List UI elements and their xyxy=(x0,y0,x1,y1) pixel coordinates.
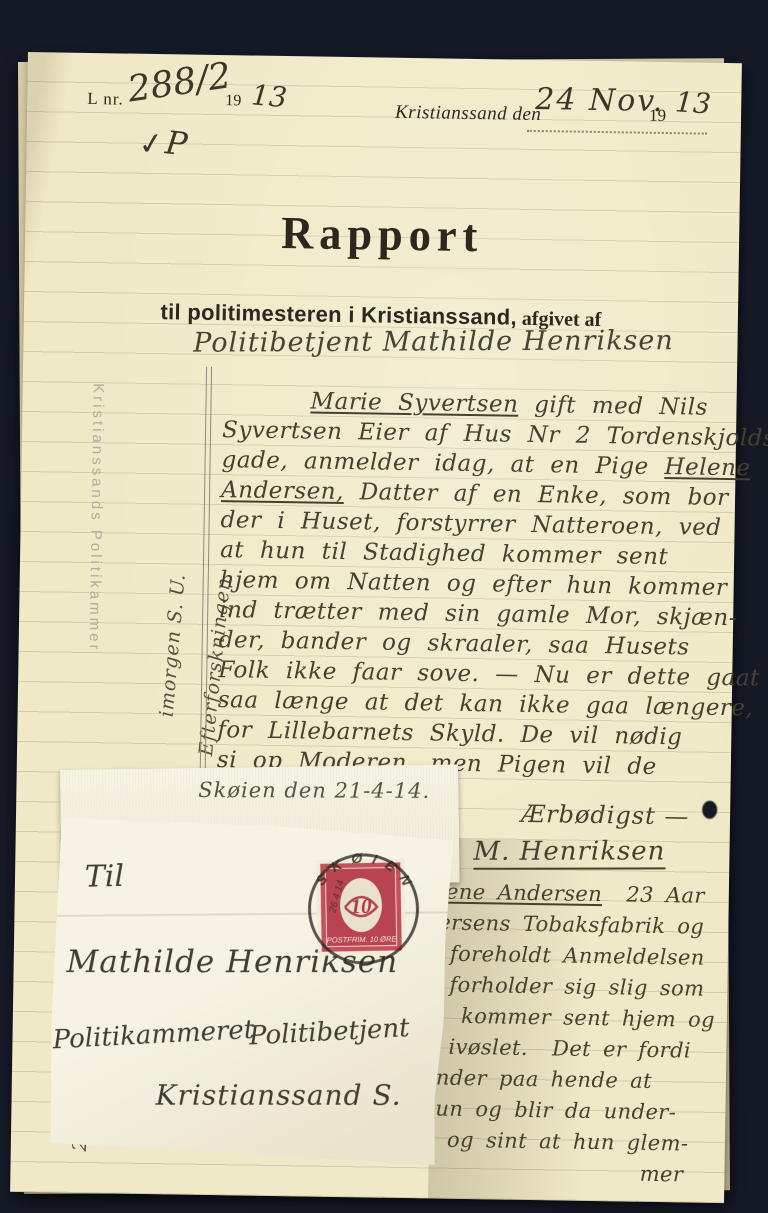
stamp-bottom-text: POSTFRIM. 10 ØRE xyxy=(327,934,398,944)
handwritten-fragment-line: foreholdt Anmeldelsen xyxy=(438,939,738,975)
approval-initial: P xyxy=(164,123,190,163)
check-mark-icon: ✓ xyxy=(136,126,165,164)
handwritten-fragment-line: un og blir da under- xyxy=(435,1094,735,1130)
date-handwritten: 24 Nov. xyxy=(535,82,664,119)
handwritten-fragment-line: kommer sent hjem og xyxy=(437,1001,737,1037)
scanned-document-photo: { "meta": { "background_color": "#151926… xyxy=(0,0,768,1213)
envelope-address-line: Til xyxy=(85,859,125,895)
handwritten-fragment-line: nder paa hende at xyxy=(436,1063,736,1099)
handwritten-fragment-line: og sint at hun glem- xyxy=(435,1125,735,1161)
report-body: Marie Syvertsen gift med NilsSyvertsen E… xyxy=(216,385,739,813)
handwritten-fragment-line: forholder sig slig som xyxy=(437,970,737,1006)
postage-stamp-with-postmark: 10 POSTFRIM. 10 ØRE SKØIEN 26 4 14 xyxy=(292,841,439,988)
date-year-printed: 19 xyxy=(649,106,666,126)
envelope-address-line: Politikammeret xyxy=(52,1015,255,1056)
handwritten-fragment-line: ersens Tobaksfabrik og xyxy=(438,908,738,944)
envelope: TilMathilde HenriksenPolitibetjentPoliti… xyxy=(45,815,454,1165)
report-title: Rapport xyxy=(36,202,729,266)
punch-hole xyxy=(702,801,717,819)
envelope-address-line: Politibetjent xyxy=(248,1013,410,1051)
envelope-address-line: Kristianssand S. xyxy=(156,1079,402,1112)
date-year-handwritten: 13 xyxy=(674,85,712,120)
card-dateline-handwritten: Skøien den 21-4-14. xyxy=(198,778,430,803)
report-section2: lene Andersen 23 Aarersens Tobaksfabrik … xyxy=(434,877,739,1192)
handwritten-fragment-line: mer xyxy=(434,1156,734,1192)
handwritten-fragment-line: lene Andersen 23 Aar xyxy=(439,877,739,913)
journal-number-label: L nr. xyxy=(87,89,124,110)
office-stamp-vertical: Kristianssands Politikammer xyxy=(81,383,107,783)
place-dateline-printed: Kristianssand den xyxy=(395,102,542,126)
margin-note-2: imorgen S. U. xyxy=(156,377,207,718)
signature: M. Henriksen xyxy=(473,836,665,869)
date-dotted-rule xyxy=(527,130,707,135)
subtitle-bold: til politimesteren i Kristianssand, xyxy=(160,299,517,330)
report-byline-handwritten: Politibetjent Mathilde Henriksen xyxy=(173,325,693,359)
closing-salute: Ærbødigst — xyxy=(521,800,690,831)
journal-year-handwritten: 13 xyxy=(250,78,288,114)
approval-mark: ✓P xyxy=(138,124,187,163)
stamp-denomination: 10 xyxy=(350,894,372,918)
journal-year-printed: 19 xyxy=(225,92,241,110)
handwritten-fragment-line: ivøslet. Det er fordi xyxy=(436,1032,736,1068)
journal-number-handwritten: 288/2 xyxy=(125,55,233,110)
